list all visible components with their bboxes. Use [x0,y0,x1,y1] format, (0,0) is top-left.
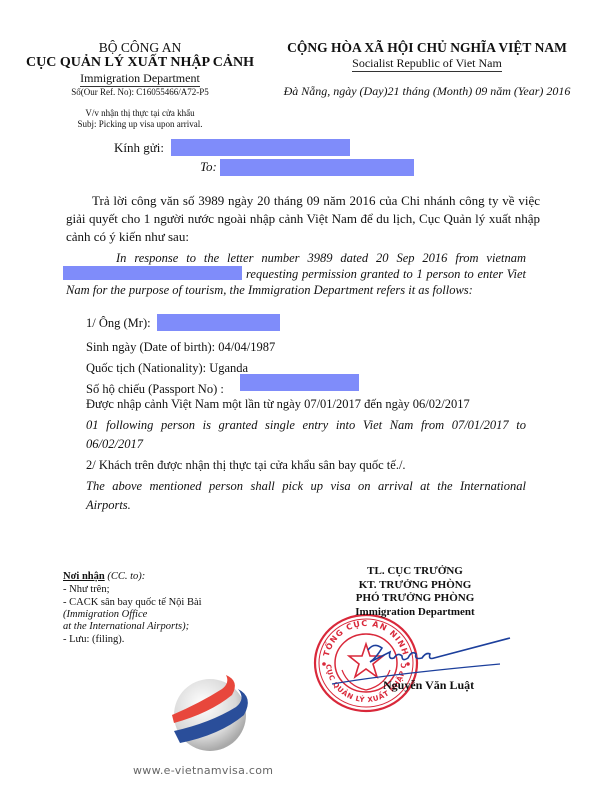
item-2-vi: 2/ Khách trên được nhận thị thực tại cửa… [86,458,406,473]
passport-label: Số hộ chiếu (Passport No) : [86,382,224,397]
cc-item: (Immigration Office [63,609,147,622]
redacted-recipient [171,139,350,156]
signature-title-2: KT. TRƯỞNG PHÒNG [340,579,490,592]
para-vi-line-2: giải quyết cho 1 người nước ngoài nhập c… [66,211,540,227]
para-en-line-2: requesting permission granted to 1 perso… [246,267,526,282]
watermark-url: www.e-vietnamvisa.com [133,764,273,777]
entry-period-vi: Được nhập cảnh Việt Nam một lần từ ngày … [86,397,470,412]
cc-item: - Lưu: (filing). [63,634,124,647]
department-name-en: Immigration Department [80,71,200,87]
cc-title: Nơi nhận [63,571,105,582]
redacted-name [157,314,280,331]
globe-logo-icon [160,665,260,755]
redacted-passport [240,374,359,391]
item-2-en-1: The above mentioned person shall pick up… [86,479,526,494]
date-of-birth: Sinh ngày (Date of birth): 04/04/1987 [86,340,275,355]
cc-item: at the International Airports); [63,621,189,634]
cc-item: - CACK sân bay quốc tế Nội Bài [63,597,202,610]
recipient-label-vi: Kính gửi: [114,140,164,156]
date-line: Đà Nẵng, ngày (Day)21 tháng (Month) 09 n… [262,84,592,99]
entry-period-en-1: 01 following person is granted single en… [86,418,526,433]
ministry-name: BỘ CÔNG AN [20,40,260,56]
cc-item: - Như trên; [63,584,110,597]
para-vi-line-1: Trả lời công văn số 3989 ngày 20 tháng 0… [66,193,540,209]
signature-department: Immigration Department [340,606,490,619]
person-name-label: 1/ Ông (Mr): [86,316,151,331]
para-en-line-1: In response to the letter number 3989 da… [116,251,526,266]
subject-vi: V/v nhận thị thực tại cửa khẩu [20,108,260,118]
entry-period-en-2: 06/02/2017 [86,437,143,452]
signature-title-1: TL. CỤC TRƯỞNG [340,565,490,578]
para-vi-line-3: cảnh có ý kiến như sau: [66,229,189,245]
para-en-line-3: Nam for the purpose of tourism, the Immi… [66,283,473,298]
redacted-recipient-en [220,159,414,176]
recipient-label-en: To: [200,159,217,175]
reference-number: Số(Our Ref. No): C16055466/A72-P5 [20,87,260,97]
country-name-en: Socialist Republic of Viet Nam [352,56,502,72]
item-2-en-2: Airports. [86,498,131,513]
nationality: Quốc tịch (Nationality): Uganda [86,361,248,376]
cc-title-en: (CC. to): [105,571,146,582]
department-name: CỤC QUẢN LÝ XUẤT NHẬP CẢNH [20,55,260,71]
signature-title-3: PHÓ TRƯỞNG PHÒNG [340,592,490,605]
redacted-company [63,266,242,280]
country-name: CỘNG HÒA XÃ HỘI CHỦ NGHĨA VIỆT NAM [262,40,592,56]
signer-name: Nguyễn Văn Luật [383,679,474,692]
subject-en: Subj: Picking up visa upon arrival. [20,119,260,129]
